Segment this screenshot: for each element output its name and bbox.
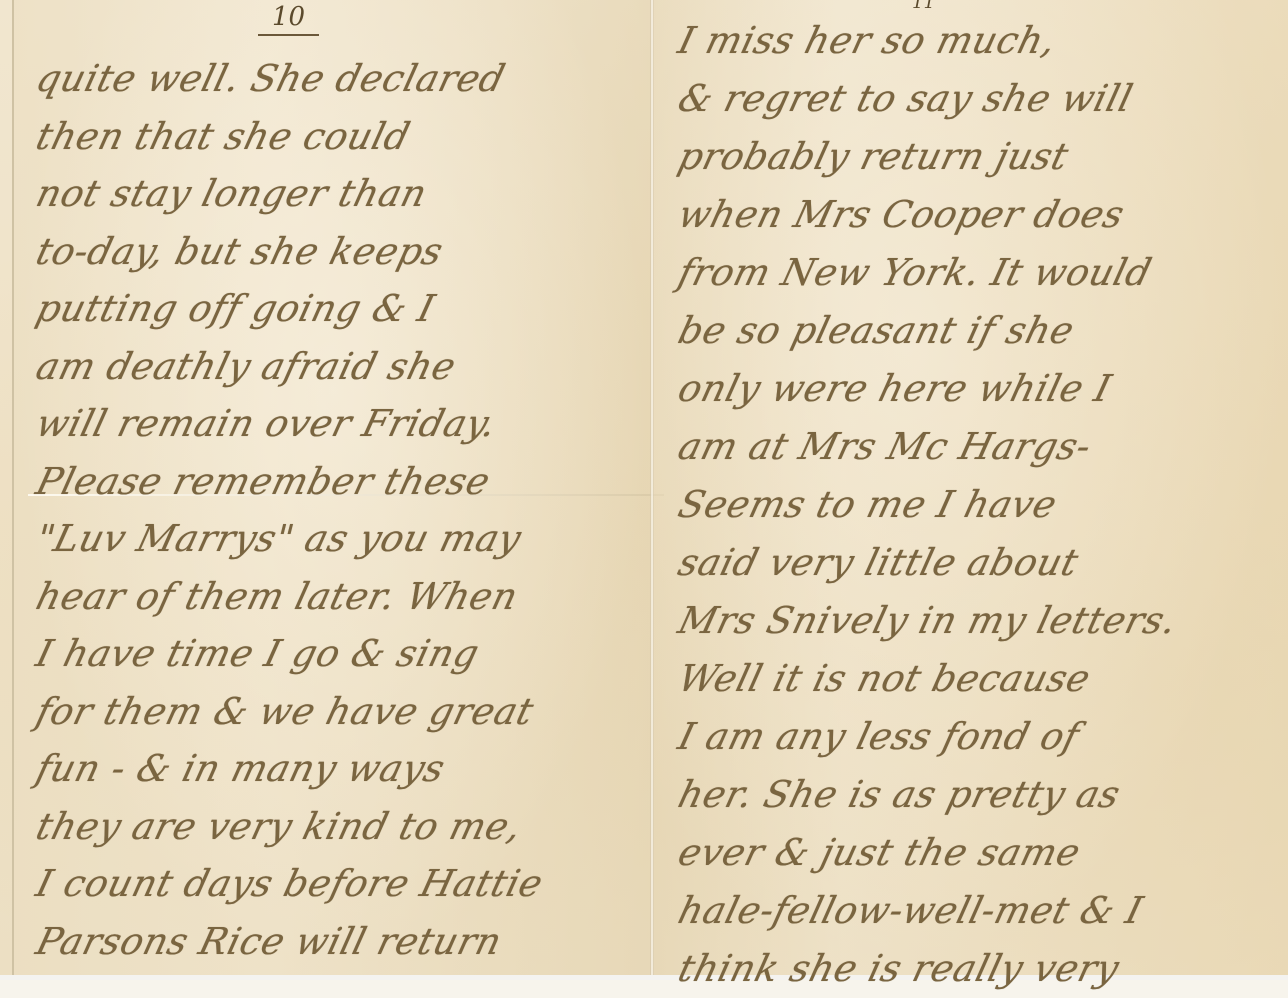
right-page-text: I miss her so much, & regret to say she … [672, 12, 1272, 980]
letter-scan: 10 11 quite well. She declared then that… [0, 0, 1288, 980]
handwritten-line: from New York. It would [672, 244, 1286, 302]
handwritten-line: will remain over Friday. [30, 395, 654, 453]
handwritten-line: putting off going & I [30, 280, 654, 338]
handwritten-line: Parsons Rice will return [30, 913, 654, 971]
handwritten-line: hale-fellow-well-met & I [672, 882, 1286, 940]
handwritten-line: I have time I go & sing [30, 625, 654, 683]
handwritten-line: be so pleasant if she [672, 302, 1286, 360]
handwritten-line: said very little about [672, 534, 1286, 592]
handwritten-line: ever & just the same [672, 824, 1286, 882]
handwritten-line: "Luv Marrys" as you may [30, 510, 654, 568]
handwritten-line: Please remember these [30, 453, 654, 511]
handwritten-line: I am any less fond of [672, 708, 1286, 766]
center-fold-crease [650, 0, 654, 975]
handwritten-line: I count days before Hattie [30, 855, 654, 913]
handwritten-line: not stay longer than [30, 165, 654, 223]
handwritten-line: quite well. She declared [30, 50, 654, 108]
handwritten-line: for them & we have great [30, 683, 654, 741]
handwritten-line: only were here while I [672, 360, 1286, 418]
handwritten-line: & regret to say she will [672, 70, 1286, 128]
left-page-text: quite well. She declared then that she c… [30, 50, 640, 970]
handwritten-line: Mrs Snively in my letters. [672, 592, 1286, 650]
handwritten-line: they are very kind to me, [30, 798, 654, 856]
handwritten-line: then that she could [30, 108, 654, 166]
handwritten-line: to-day, but she keeps [30, 223, 654, 281]
handwritten-line: fun - & in many ways [30, 740, 654, 798]
handwritten-line: Seems to me I have [672, 476, 1286, 534]
handwritten-line: when Mrs Cooper does [672, 186, 1286, 244]
page-number-left: 10 [258, 2, 319, 36]
handwritten-line: think she is really very [672, 940, 1286, 980]
handwritten-line: Well it is not because [672, 650, 1286, 708]
handwritten-line: hear of them later. When [30, 568, 654, 626]
handwritten-line: probably return just [672, 128, 1286, 186]
handwritten-line: her. She is as pretty as [672, 766, 1286, 824]
handwritten-line: I miss her so much, [672, 12, 1286, 70]
handwritten-line: am deathly afraid she [30, 338, 654, 396]
handwritten-line: am at Mrs Mc Hargs- [672, 418, 1286, 476]
